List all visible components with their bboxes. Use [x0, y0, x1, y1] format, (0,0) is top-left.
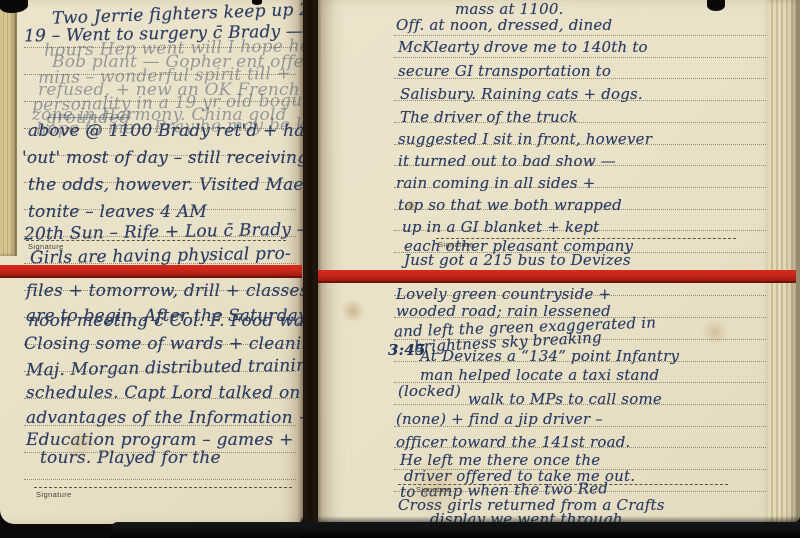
ruled-line [394, 100, 766, 101]
ruled-line [24, 209, 296, 210]
red-ribbon-left [0, 265, 302, 278]
ruled-line [394, 469, 766, 470]
handwriting-line: suggested I sit in front, however [398, 130, 652, 148]
ruled-line [394, 426, 766, 427]
ruled-line [24, 263, 296, 264]
signature-line [34, 487, 292, 488]
book-gutter [298, 0, 322, 527]
red-ribbon-right [318, 270, 796, 283]
ruled-line [394, 382, 766, 383]
ruled-line [24, 47, 296, 48]
signature-line [436, 238, 736, 239]
ruled-line [394, 187, 766, 188]
handwriting-line: noon meeting c̄ Col. F. Food waste, [28, 311, 303, 331]
handwriting-line: tours. Played for the [40, 448, 221, 468]
left-page: Two Jerrie fighters keep up 24 19 – Went… [0, 0, 303, 524]
handwriting-line: McKlearty drove me to 140th to [398, 38, 648, 56]
background-mark [252, 0, 262, 5]
signature-label: Signature [36, 490, 72, 499]
ruled-line [394, 491, 766, 492]
handwriting-line: rain coming in all sides + [396, 174, 596, 192]
handwriting-line: Lovely green countryside + [396, 285, 611, 303]
handwriting-line: At Devizes a “134” point Infantry [420, 347, 679, 365]
ruled-line [394, 295, 766, 296]
ruled-line [24, 317, 296, 318]
handwriting-line: Education program – games + [26, 430, 294, 450]
ruled-line [394, 230, 766, 231]
ruled-line [24, 290, 296, 291]
ruled-line [24, 371, 296, 372]
right-page: mass at 1100. Off. at noon, dressed, din… [318, 0, 770, 527]
ruled-line [24, 398, 296, 399]
ruled-line [394, 165, 766, 166]
spine-page-edges [0, 6, 17, 256]
ruled-line [24, 101, 296, 102]
ruled-line [394, 144, 766, 145]
ruled-line [24, 425, 296, 426]
handwriting-line: the odds, however. Visited Mae [28, 175, 303, 195]
handwriting-line: top so that we both wrapped [398, 196, 622, 214]
ruled-line [394, 122, 766, 123]
handwriting-line: files + tomorrow, drill + classes [26, 281, 303, 301]
ruled-line [24, 182, 296, 183]
ruled-line [394, 78, 766, 79]
ruled-line [24, 236, 296, 237]
ruled-line [394, 35, 766, 36]
handwriting-line: The driver of the truck [400, 108, 578, 126]
ruled-line [394, 404, 766, 405]
ruled-line [24, 155, 296, 156]
background-mark [707, 0, 725, 11]
handwriting-line: Just got a 215 bus to Devizes [404, 251, 631, 269]
handwriting-line: (locked) [398, 382, 461, 400]
signature-label: Signature [438, 240, 474, 249]
signature-line [26, 240, 286, 241]
ruled-line [394, 209, 766, 210]
ruled-line [24, 128, 296, 129]
handwriting-line: up in a GI blanket + kept [402, 218, 599, 236]
ruled-line [394, 57, 766, 58]
ruled-line [24, 344, 296, 345]
handwriting-line: Off. at noon, dressed, dined [396, 16, 612, 34]
ruled-line [394, 317, 766, 318]
handwriting-line: officer toward the 141st road. [396, 433, 631, 451]
ruled-line [24, 479, 296, 480]
right-page-edges [768, 0, 800, 522]
handwriting-line: 'out' most of day – still receiving [22, 148, 303, 168]
ruled-line [394, 252, 766, 253]
handwriting-line: above @ 1100 Brady ret'd + has been [28, 121, 303, 141]
ruled-line [24, 452, 296, 453]
handwriting-line: it turned out to bad show — [398, 152, 616, 170]
handwriting-line: walk to MPs to call some [468, 390, 662, 408]
ruled-line [394, 339, 766, 340]
ruled-line [394, 447, 766, 448]
book-shadow [300, 516, 800, 538]
ruled-line [394, 361, 766, 362]
diary-scan: Two Jerrie fighters keep up 24 19 – Went… [0, 0, 800, 538]
handwriting-line: Maj. Morgan distributed training [26, 355, 303, 380]
ruled-line [24, 74, 296, 75]
handwriting-line: schedules. Capt Lord talked on [26, 383, 301, 403]
handwriting-line: tonite – leaves 4 AM [28, 202, 207, 222]
